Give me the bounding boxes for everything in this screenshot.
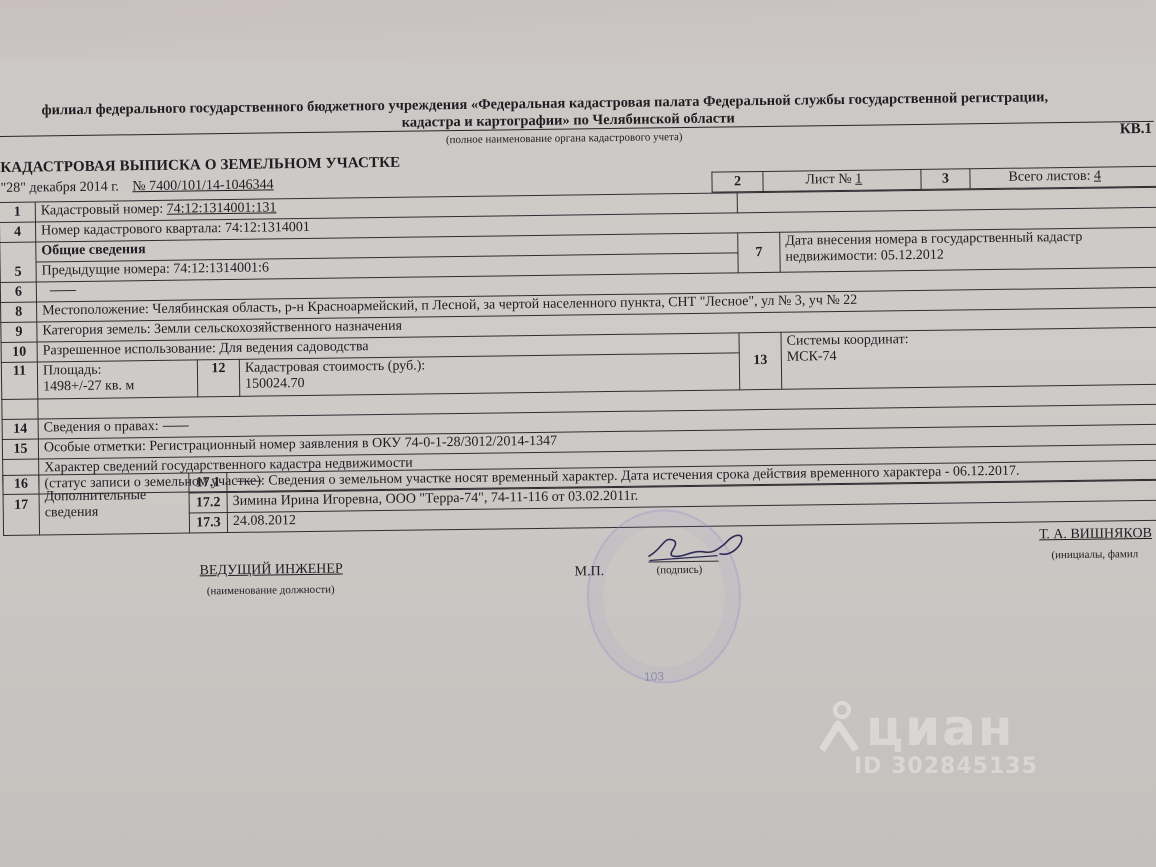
watermark-logo: циан bbox=[820, 700, 1038, 752]
signature-caption: (подпись) bbox=[657, 564, 703, 577]
field-number: 13 bbox=[739, 332, 782, 390]
stamp-number: 103 bbox=[644, 669, 664, 683]
additional-info-label-line2: сведения bbox=[45, 503, 184, 521]
subfield-number: 17.2 bbox=[189, 493, 227, 513]
sheet-num-label: 2 bbox=[712, 172, 763, 193]
cadastral-fields-table: 1 Кадастровый номер: 74:12:1314001:131 4… bbox=[0, 187, 1156, 495]
field-number: 15 bbox=[2, 439, 38, 459]
cadastral-number-value: 74:12:1314001:131 bbox=[167, 200, 277, 216]
field-number: 4 bbox=[0, 222, 36, 242]
field-number: 10 bbox=[1, 342, 37, 362]
registration-date-value: недвижимости: 05.12.2012 bbox=[785, 245, 1153, 266]
sheet-label: Лист № bbox=[805, 172, 851, 188]
area-cell: Площадь: 1498+/-27 кв. м bbox=[37, 360, 197, 399]
total-value: 4 bbox=[1094, 169, 1101, 184]
sheet-cell: Лист № 1 bbox=[763, 169, 921, 191]
signer-name-caption: (инициалы, фамил bbox=[1051, 548, 1138, 561]
sheet-value: 1 bbox=[855, 172, 862, 187]
area-label: Площадь: bbox=[43, 361, 192, 379]
coordinate-system-cell: Системы координат: МСК-74 bbox=[781, 327, 1156, 389]
field-number: 11 bbox=[1, 362, 37, 399]
document-date: "28" декабря 2014 г. bbox=[0, 179, 118, 196]
total-sheets-cell: Всего листов: 4 bbox=[970, 166, 1156, 188]
area-value: 1498+/-27 кв. м bbox=[43, 377, 192, 395]
empty-dash bbox=[236, 481, 262, 482]
total-num-label: 3 bbox=[921, 169, 970, 190]
field-number: 7 bbox=[738, 232, 781, 273]
seal-place-label: М.П. bbox=[575, 564, 605, 580]
subfield-number: 17.1 bbox=[189, 473, 227, 493]
cian-watermark: циан ID 302845135 bbox=[820, 700, 1038, 779]
empty-dash bbox=[50, 290, 76, 291]
empty-dash bbox=[163, 426, 189, 427]
field-number: 5 bbox=[0, 242, 36, 282]
rights-label: Сведения о правах: bbox=[44, 419, 159, 436]
subfield-number: 17.3 bbox=[189, 513, 227, 533]
document-number: № 7400/101/14-1046344 bbox=[132, 177, 273, 194]
cadastral-number-label: Кадастровый номер: bbox=[41, 202, 164, 219]
field-number: 6 bbox=[0, 282, 36, 302]
form-code: КВ.1 bbox=[1120, 121, 1152, 138]
signer-position-caption: (наименование должности) bbox=[207, 584, 335, 598]
field-number: 8 bbox=[1, 302, 37, 322]
total-label: Всего листов: bbox=[1008, 169, 1090, 185]
watermark-id: ID 302845135 bbox=[854, 754, 1038, 779]
map-pin-icon bbox=[820, 700, 860, 752]
registration-date-cell: Дата внесения номера в государственный к… bbox=[780, 227, 1156, 272]
signer-name: Т. А. ВИШНЯКОВ bbox=[1039, 526, 1152, 543]
additional-info-label-line1: Дополнительные bbox=[44, 487, 183, 505]
signer-position: ВЕДУЩИЙ ИНЖЕНЕР bbox=[199, 562, 342, 580]
additional-info-label: Дополнительные сведения bbox=[39, 473, 190, 535]
watermark-brand: циан bbox=[866, 704, 1014, 752]
field-number: 9 bbox=[1, 322, 37, 342]
document-date-line: "28" декабря 2014 г. № 7400/101/14-10463… bbox=[0, 177, 273, 197]
document-title: КАДАСТРОВАЯ ВЫПИСКА О ЗЕМЕЛЬНОМ УЧАСТКЕ bbox=[0, 155, 400, 177]
organization-caption: (полное наименование органа кадастрового… bbox=[446, 131, 683, 146]
field-number: 1 bbox=[0, 202, 35, 222]
field-number: 14 bbox=[2, 419, 38, 439]
field-number: 12 bbox=[197, 359, 239, 397]
field-number: 17 bbox=[3, 475, 40, 535]
